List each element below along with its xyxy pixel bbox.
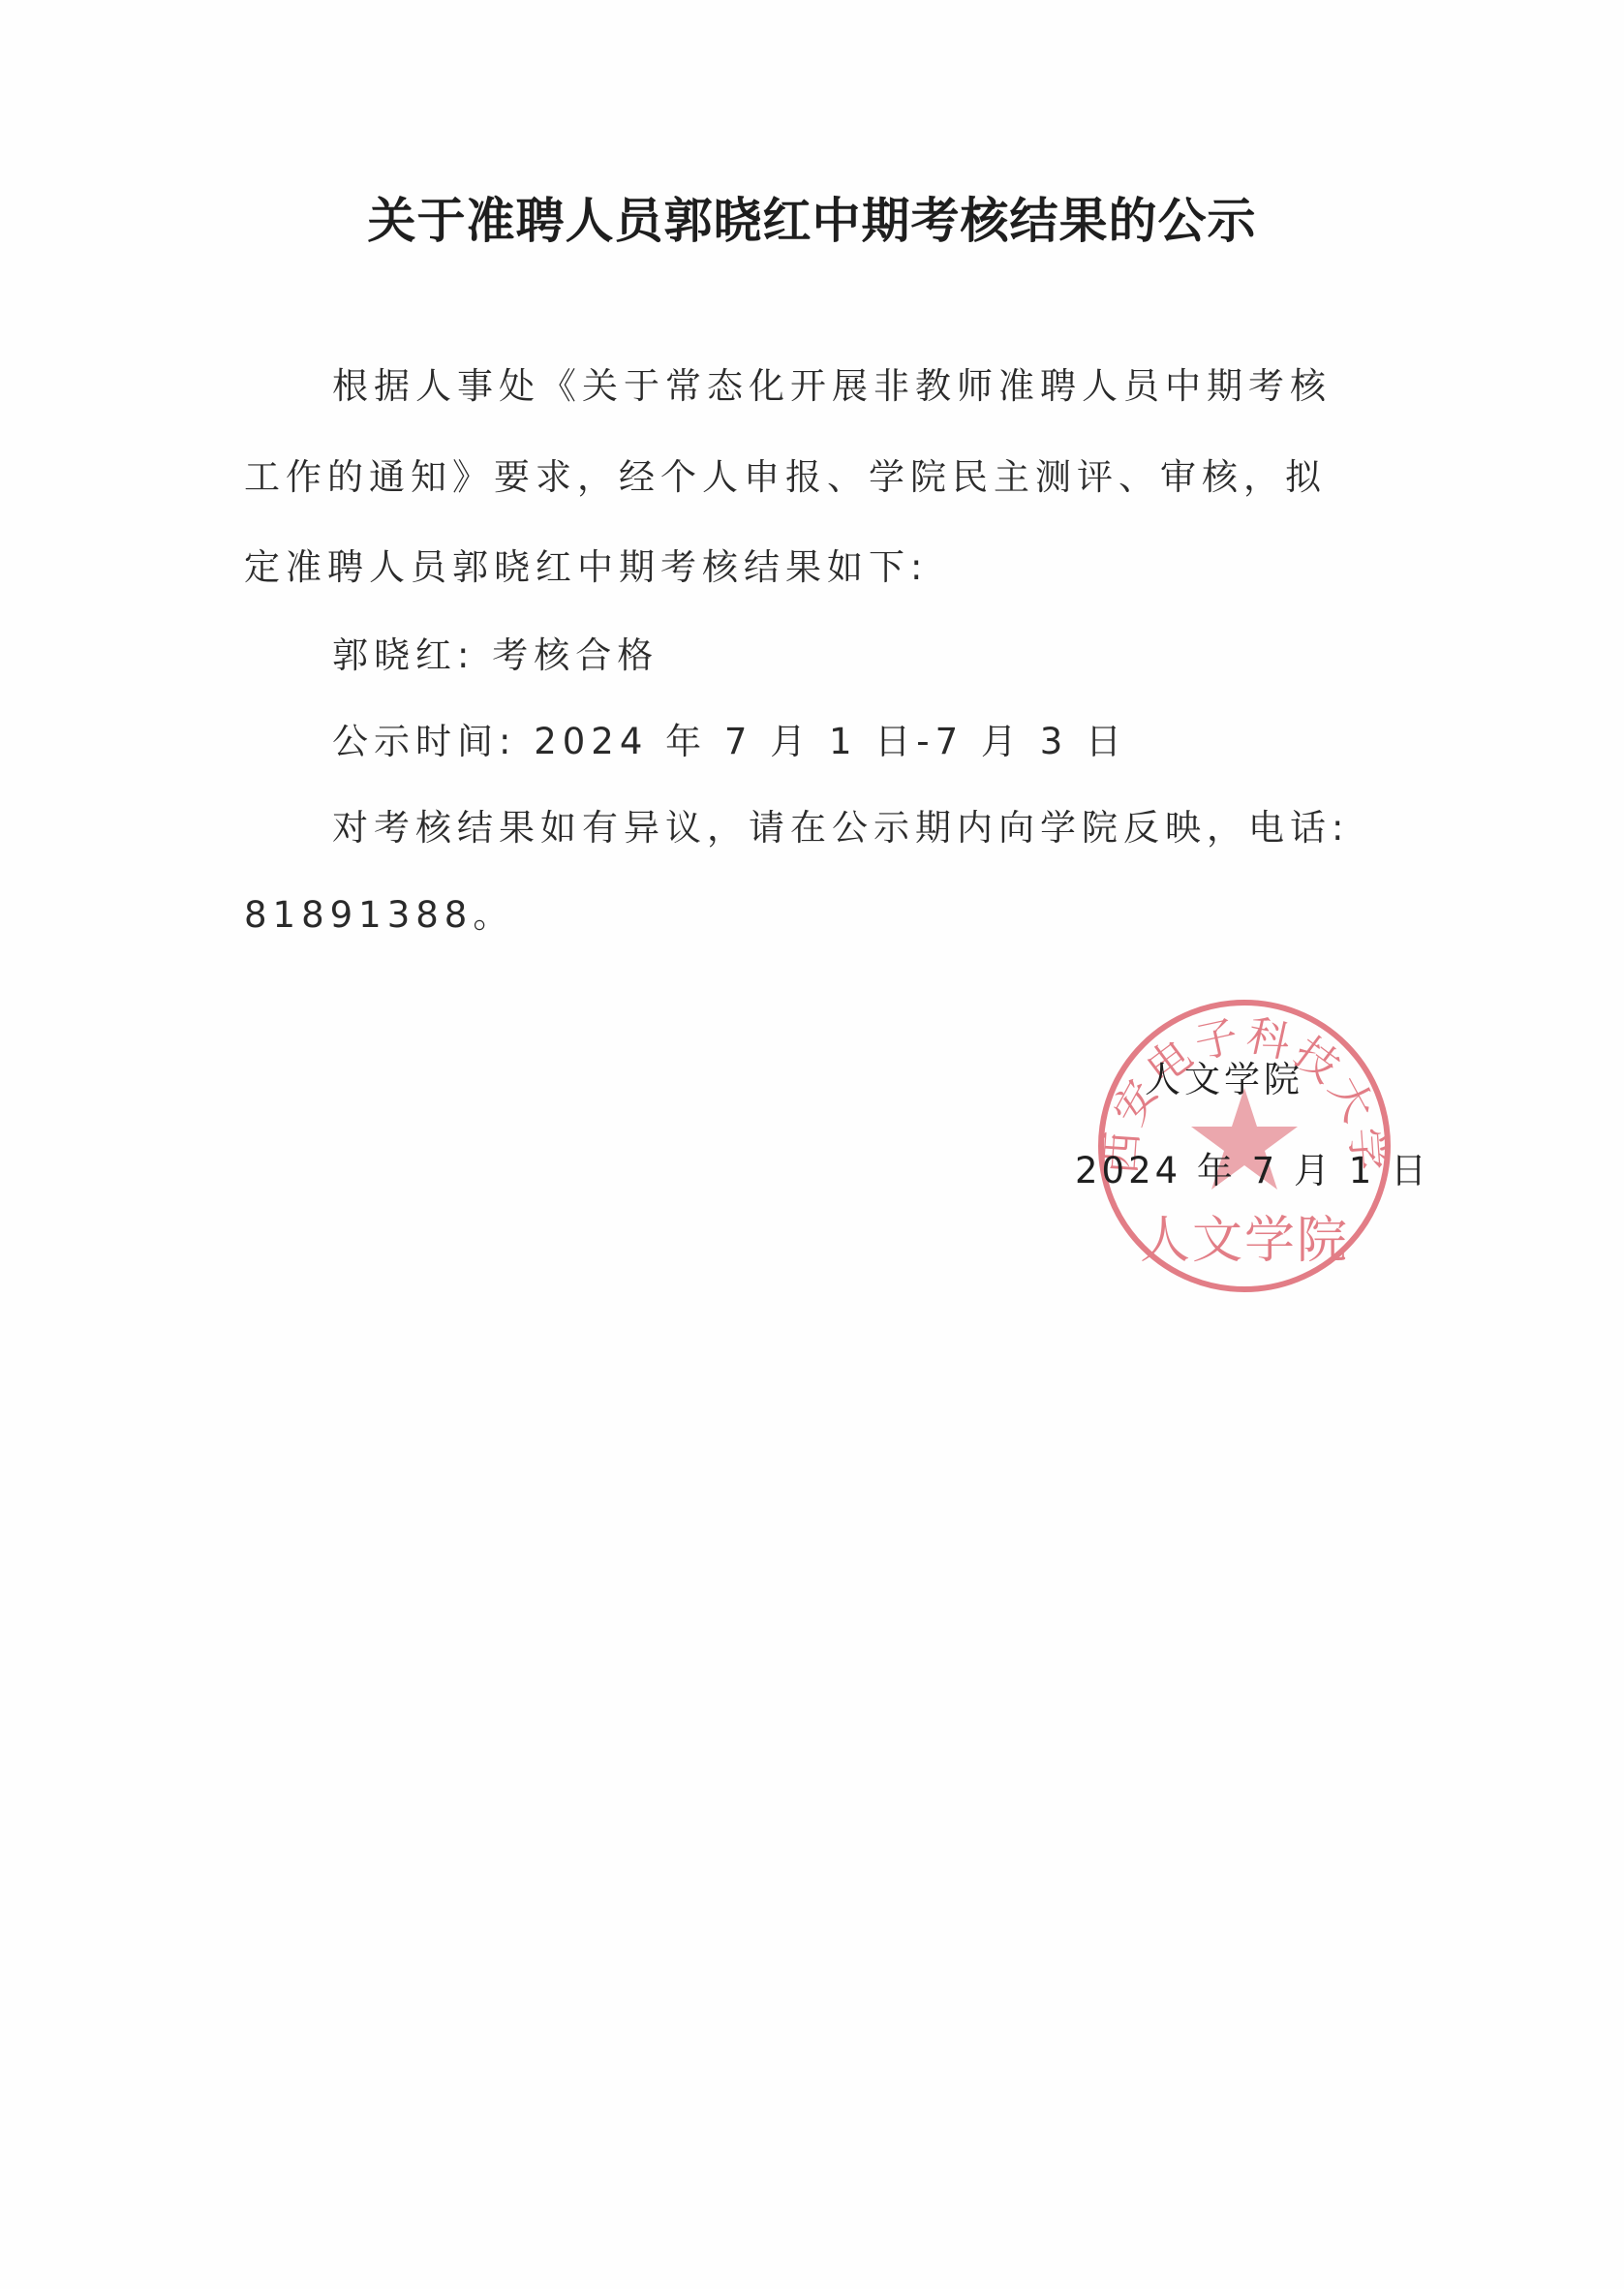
objection-phone: 81891388。	[244, 885, 514, 938]
intro-line-1: 根据人事处《关于常态化开展非教师准聘人员中期考核	[332, 356, 1332, 409]
objection-line-1: 对考核结果如有异议，请在公示期内向学院反映，电话:	[332, 798, 1349, 851]
signature-date: 2024 年 7 月 1 日	[1075, 1141, 1430, 1193]
signature-department: 人文学院	[1145, 1050, 1303, 1102]
document-title: 关于准聘人员郭晓红中期考核结果的公示	[0, 182, 1624, 252]
seal-center-text: 人文学院	[1140, 1212, 1349, 1270]
result-line: 郭晓红: 考核合格	[332, 626, 659, 678]
document-page: 关于准聘人员郭晓红中期考核结果的公示 根据人事处《关于常态化开展非教师准聘人员中…	[0, 0, 1624, 2289]
intro-line-2: 工作的通知》要求，经个人申报、学院民主测评、审核，拟	[244, 448, 1327, 500]
publicity-period: 公示时间: 2024 年 7 月 1 日-7 月 3 日	[332, 712, 1127, 764]
intro-line-3: 定准聘人员郭晓红中期考核结果如下:	[244, 538, 928, 590]
